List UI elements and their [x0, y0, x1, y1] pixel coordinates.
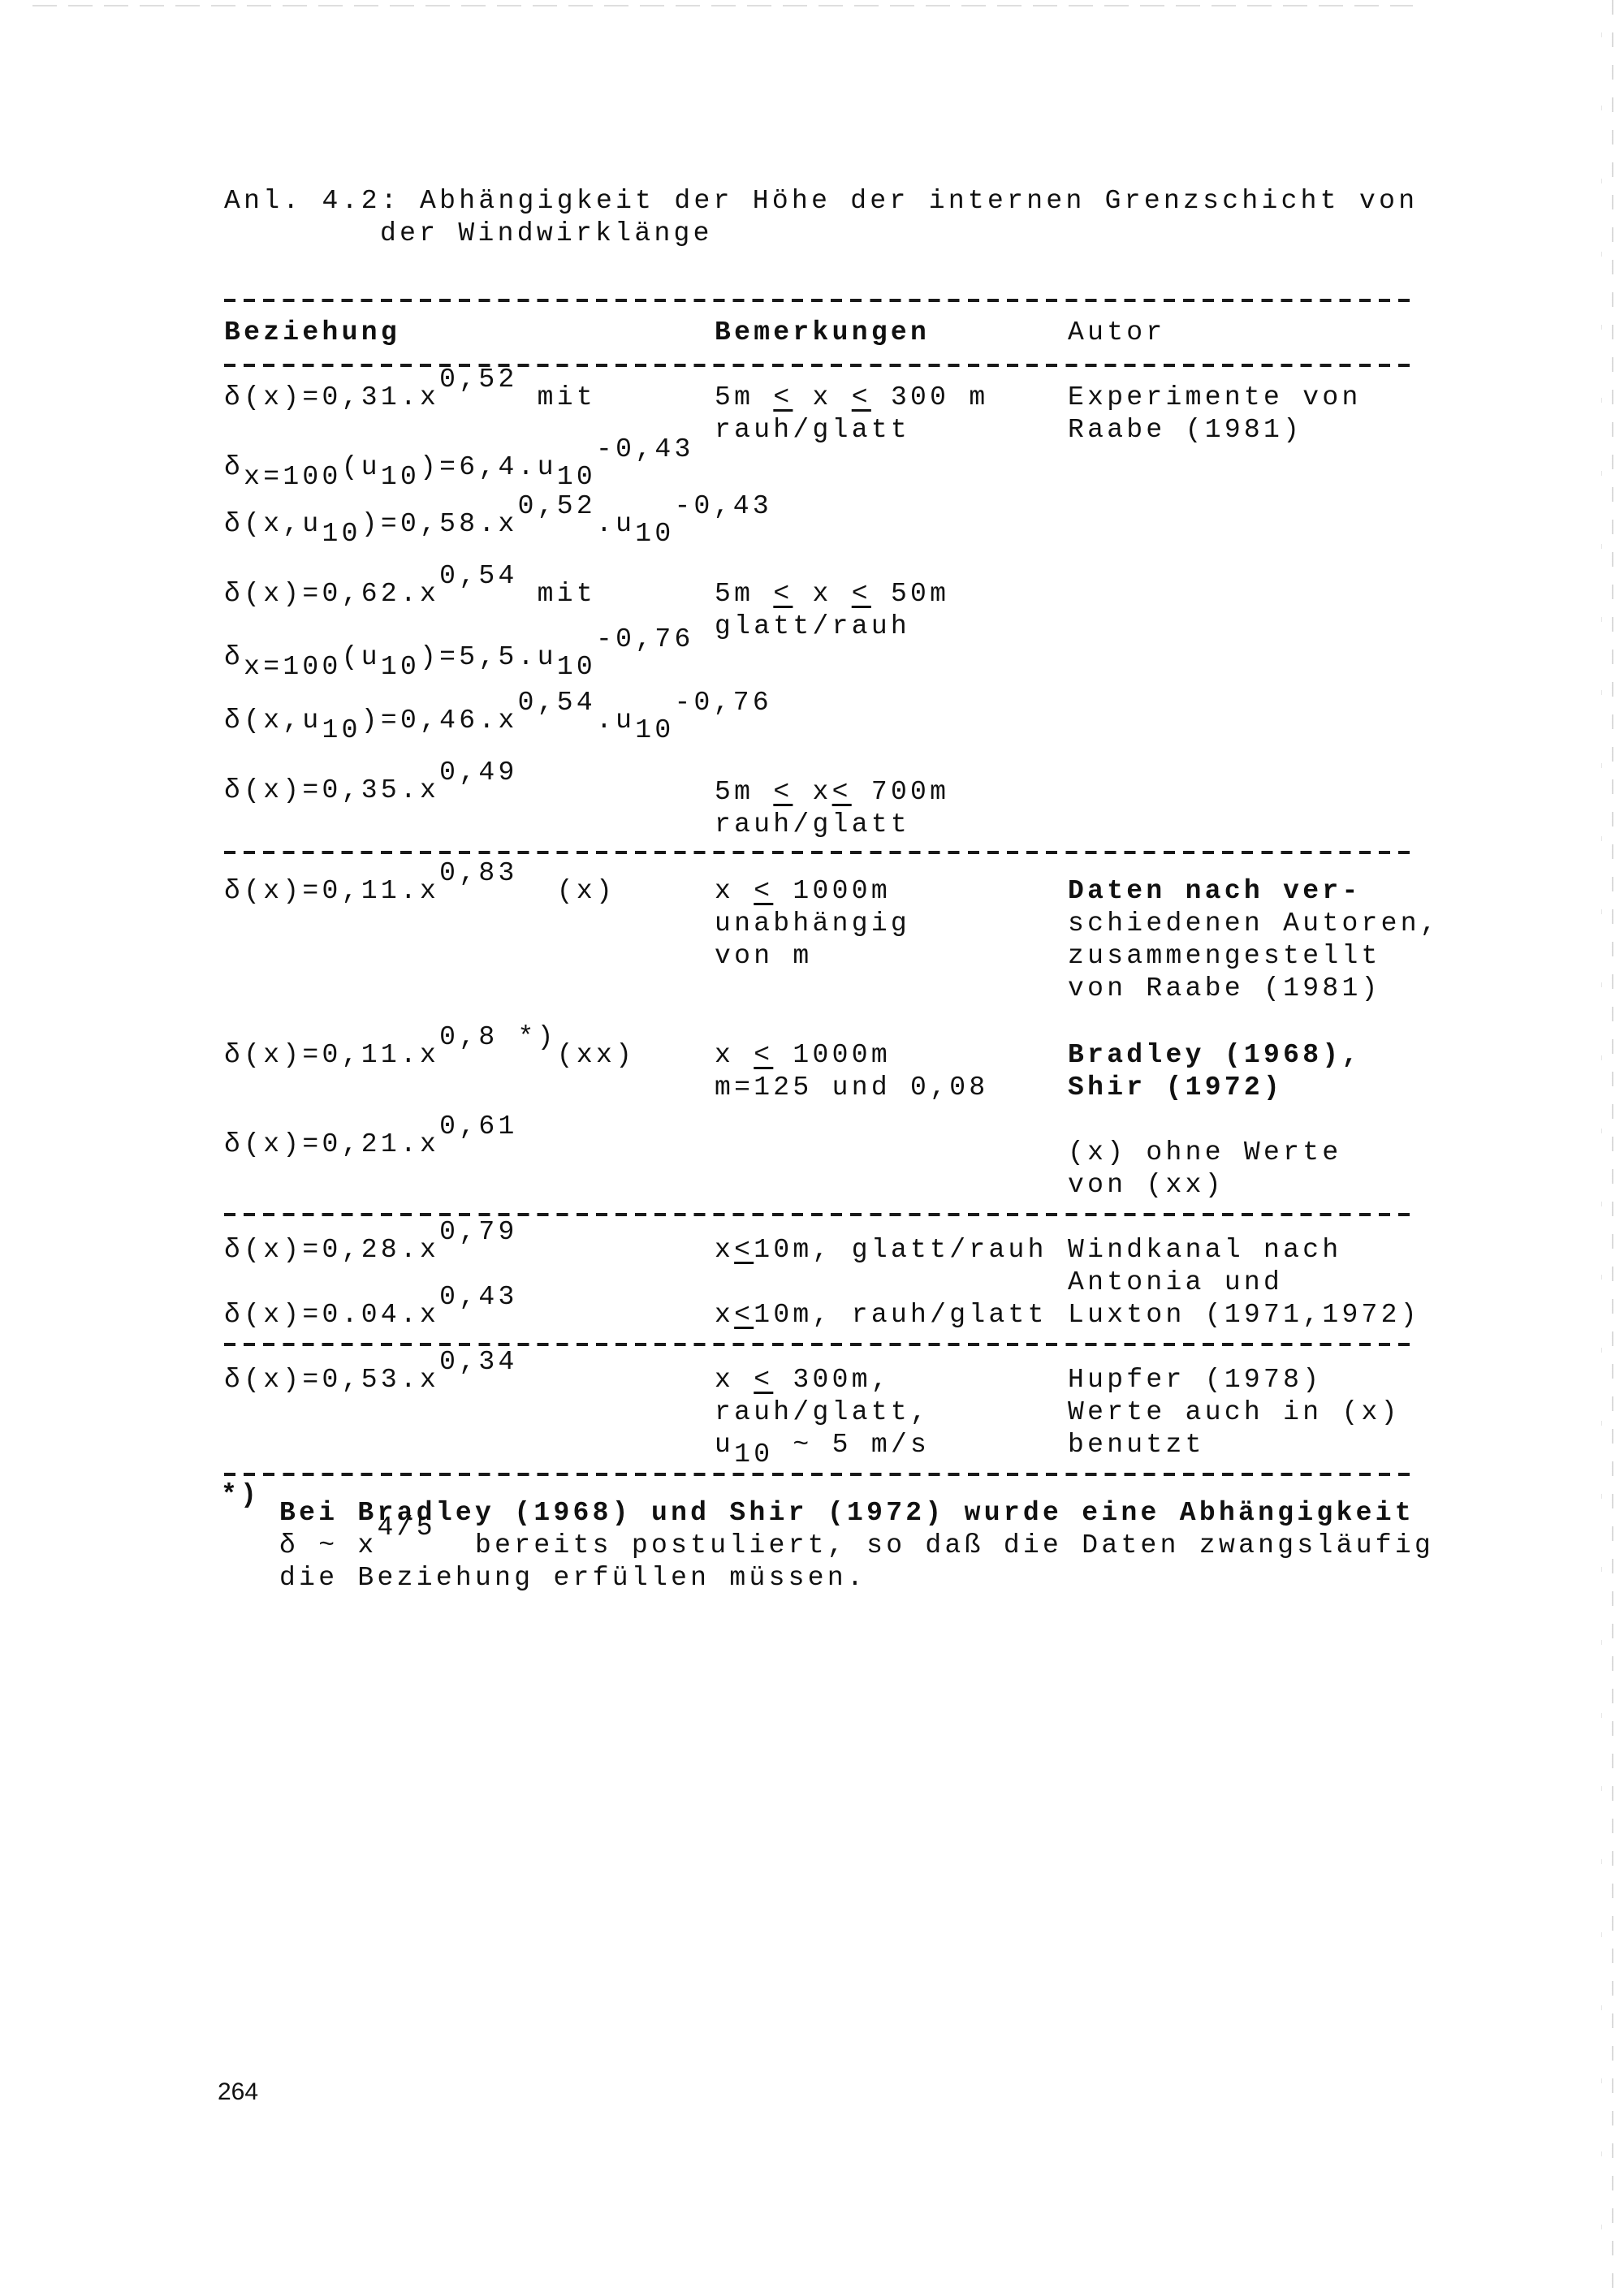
formula-row-7: δ(x)=0,35.x0,49: [224, 775, 518, 807]
table-rule-group-1: [224, 851, 1418, 854]
formula-row-6: δ(x,u10)=0,46.x0,54.u10-0,76: [224, 705, 772, 737]
title-line-1: Anl. 4.2: Abhängigkeit der Höhe der inte…: [224, 185, 1418, 218]
author-row-10b: von (xx): [1068, 1169, 1224, 1202]
author-row-10a: (x) ohne Werte: [1068, 1137, 1341, 1169]
formula-row-12: δ(x)=0.04.x0,43: [224, 1299, 518, 1331]
scan-artifact-top: [32, 5, 1413, 6]
remark-row-9b: m=125 und 0,08: [715, 1072, 988, 1104]
remark-row-1a: 5m < x < 300 m: [715, 382, 988, 414]
author-row-13c: benutzt: [1068, 1429, 1205, 1461]
scan-artifact-right-inner: [1601, 32, 1602, 2290]
author-row-11b: Antonia und: [1068, 1267, 1283, 1299]
formula-row-4: δ(x)=0,62.x0,54 mit: [224, 578, 596, 611]
remark-row-13a: x < 300m,: [715, 1364, 891, 1396]
author-row-9a: Bradley (1968),: [1068, 1039, 1362, 1072]
formula-row-11: δ(x)=0,28.x0,79: [224, 1234, 518, 1267]
author-row-9b: Shir (1972): [1068, 1072, 1283, 1104]
author-row-13a: Hupfer (1978): [1068, 1364, 1322, 1396]
footnote-line-3: die Beziehung erfüllen müssen.: [279, 1562, 866, 1595]
header-bemerkungen: Bemerkungen: [715, 317, 930, 349]
remark-row-4a: 5m < x < 50m: [715, 578, 949, 611]
remark-row-13b: rauh/glatt,: [715, 1396, 930, 1429]
author-row-8c: zusammengestellt: [1068, 940, 1381, 973]
remark-row-9a: x < 1000m: [715, 1039, 891, 1072]
table-rule-top: [224, 299, 1418, 302]
remark-row-4b: glatt/rauh: [715, 611, 910, 643]
formula-row-2: δx=100(u10)=6,4.u10-0,43: [224, 451, 694, 484]
title-line-2: der Windwirklänge: [380, 218, 713, 250]
remark-row-7b: rauh/glatt: [715, 809, 910, 841]
author-row-12: Luxton (1971,1972): [1068, 1299, 1420, 1331]
remark-row-12: x<10m, rauh/glatt: [715, 1299, 1047, 1331]
formula-row-13: δ(x)=0,53.x0,34: [224, 1364, 518, 1396]
remark-row-13c: u10 ~ 5 m/s: [715, 1429, 930, 1461]
footnote-line-1: Bei Bradley (1968) und Shir (1972) wurde…: [279, 1497, 1415, 1530]
author-row-8b: schiedenen Autoren,: [1068, 908, 1440, 940]
formula-row-1: δ(x)=0,31.x0,52 mit: [224, 382, 596, 414]
footnote-marker: *): [221, 1479, 260, 1512]
remark-row-8c: von m: [715, 940, 813, 973]
table-rule-bottom: [224, 1473, 1418, 1476]
remark-row-1b: rauh/glatt: [715, 414, 910, 447]
formula-row-8: δ(x)=0,11.x0,83 (x): [224, 875, 615, 908]
remark-row-7a: 5m < x< 700m: [715, 776, 949, 809]
header-beziehung: Beziehung: [224, 317, 400, 349]
table-rule-header: [224, 364, 1418, 367]
formula-row-9: δ(x)=0,11.x0,8 *)(xx): [224, 1039, 635, 1072]
page-number: 264: [218, 2078, 258, 2106]
formula-row-5: δx=100(u10)=5,5.u10-0,76: [224, 641, 694, 674]
table-rule-group-3: [224, 1343, 1418, 1346]
remark-row-8b: unabhängig: [715, 908, 910, 940]
scan-artifact-right: [1612, 0, 1613, 2296]
remark-row-11: x<10m, glatt/rauh: [715, 1234, 1047, 1267]
footnote-line-2: δ ~ x4/5 bereits postuliert, so daß die …: [279, 1530, 1434, 1562]
header-autor: Autor: [1068, 317, 1166, 349]
table-rule-group-2: [224, 1213, 1418, 1216]
formula-row-10: δ(x)=0,21.x0,61: [224, 1129, 518, 1161]
author-row-8a: Daten nach ver-: [1068, 875, 1362, 908]
author-row-13b: Werte auch in (x): [1068, 1396, 1401, 1429]
author-row-11a: Windkanal nach: [1068, 1234, 1341, 1267]
author-row-1a: Experimente von: [1068, 382, 1362, 414]
author-row-1b: Raabe (1981): [1068, 414, 1302, 447]
remark-row-8a: x < 1000m: [715, 875, 891, 908]
author-row-8d: von Raabe (1981): [1068, 973, 1381, 1005]
formula-row-3: δ(x,u10)=0,58.x0,52.u10-0,43: [224, 508, 772, 541]
